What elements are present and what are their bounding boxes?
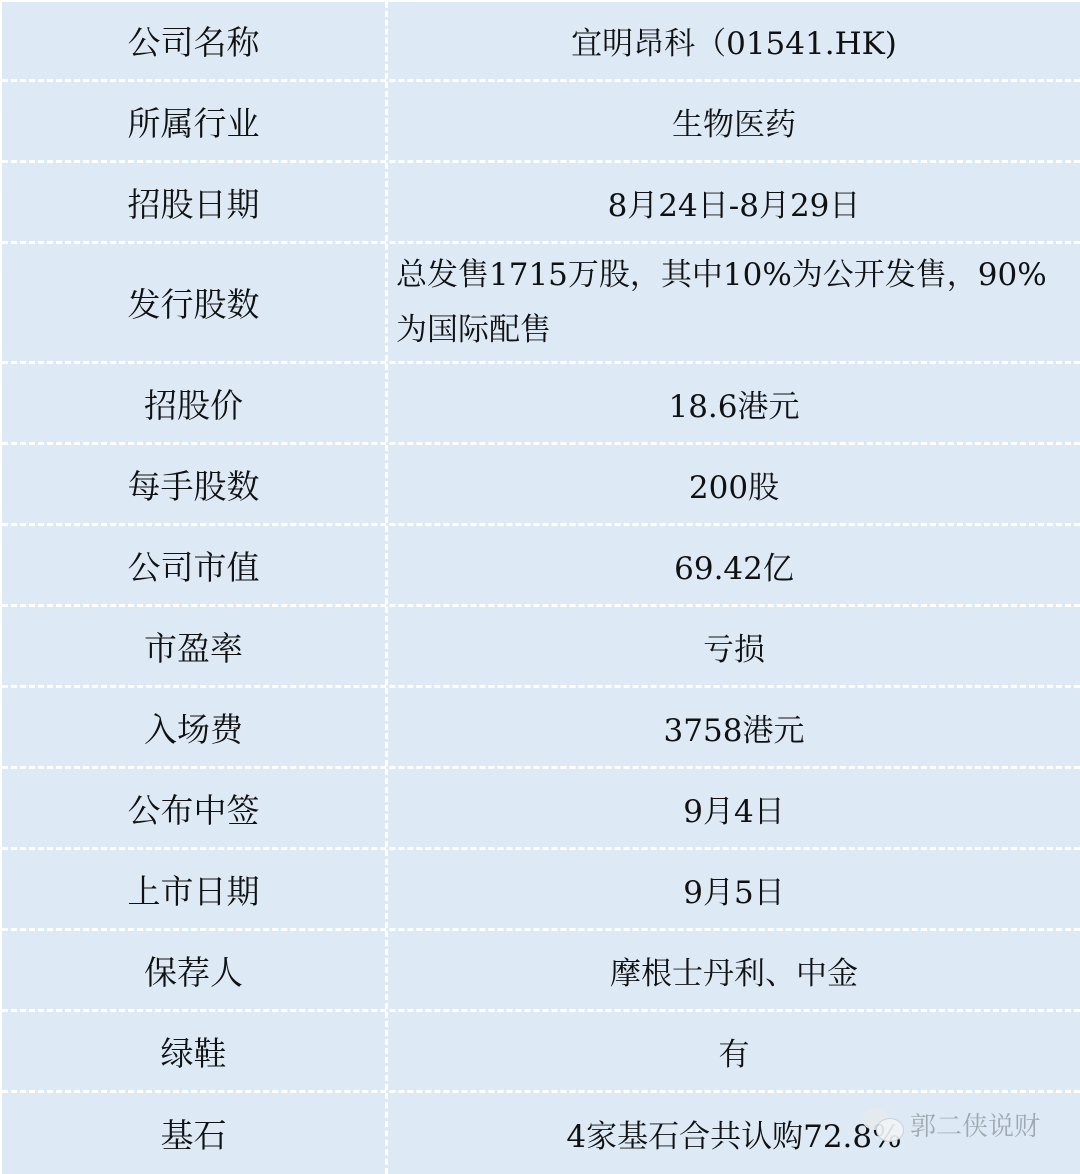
row-label: 市盈率 (2, 607, 388, 685)
table-row: 绿鞋 有 (2, 1012, 1080, 1093)
table-row: 招股日期 8月24日-8月29日 (2, 163, 1080, 244)
row-value: 亏损 (388, 607, 1080, 685)
row-label: 绿鞋 (2, 1012, 388, 1090)
row-label: 上市日期 (2, 850, 388, 928)
row-label: 公布中签 (2, 769, 388, 847)
table-row: 市盈率 亏损 (2, 607, 1080, 688)
table-row: 入场费 3758港元 (2, 688, 1080, 769)
row-label: 所属行业 (2, 82, 388, 160)
table-row: 公司名称 宜明昂科（01541.HK) (2, 2, 1080, 82)
row-value: 生物医药 (388, 82, 1080, 160)
table-row: 公布中签 9月4日 (2, 769, 1080, 850)
row-value: 9月5日 (388, 850, 1080, 928)
watermark-text: 郭二侠说财 (910, 1106, 1040, 1143)
row-value: 8月24日-8月29日 (388, 163, 1080, 241)
row-label: 招股日期 (2, 163, 388, 241)
row-label: 招股价 (2, 364, 388, 442)
watermark: 郭二侠说财 (862, 1106, 1040, 1143)
row-label: 保荐人 (2, 931, 388, 1009)
row-label: 发行股数 (2, 244, 388, 361)
table-row: 所属行业 生物医药 (2, 82, 1080, 163)
row-value: 宜明昂科（01541.HK) (388, 2, 1080, 79)
row-value: 总发售1715万股，其中10%为公开发售，90%为国际配售 (388, 244, 1080, 361)
table-row: 每手股数 200股 (2, 445, 1080, 526)
row-value: 18.6港元 (388, 364, 1080, 442)
table-row: 招股价 18.6港元 (2, 364, 1080, 445)
wechat-icon (862, 1108, 906, 1142)
row-value: 有 (388, 1012, 1080, 1090)
table-row: 上市日期 9月5日 (2, 850, 1080, 931)
row-label: 公司市值 (2, 526, 388, 604)
row-value: 9月4日 (388, 769, 1080, 847)
row-label: 公司名称 (2, 2, 388, 79)
row-value: 69.42亿 (388, 526, 1080, 604)
row-value: 3758港元 (388, 688, 1080, 766)
ipo-info-table: 公司名称 宜明昂科（01541.HK) 所属行业 生物医药 招股日期 8月24日… (2, 2, 1080, 1174)
table-row: 公司市值 69.42亿 (2, 526, 1080, 607)
row-label: 基石 (2, 1093, 388, 1174)
table-row: 保荐人 摩根士丹利、中金 (2, 931, 1080, 1012)
row-label: 入场费 (2, 688, 388, 766)
row-value: 摩根士丹利、中金 (388, 931, 1080, 1009)
table-row: 发行股数 总发售1715万股，其中10%为公开发售，90%为国际配售 (2, 244, 1080, 364)
row-value: 200股 (388, 445, 1080, 523)
row-label: 每手股数 (2, 445, 388, 523)
